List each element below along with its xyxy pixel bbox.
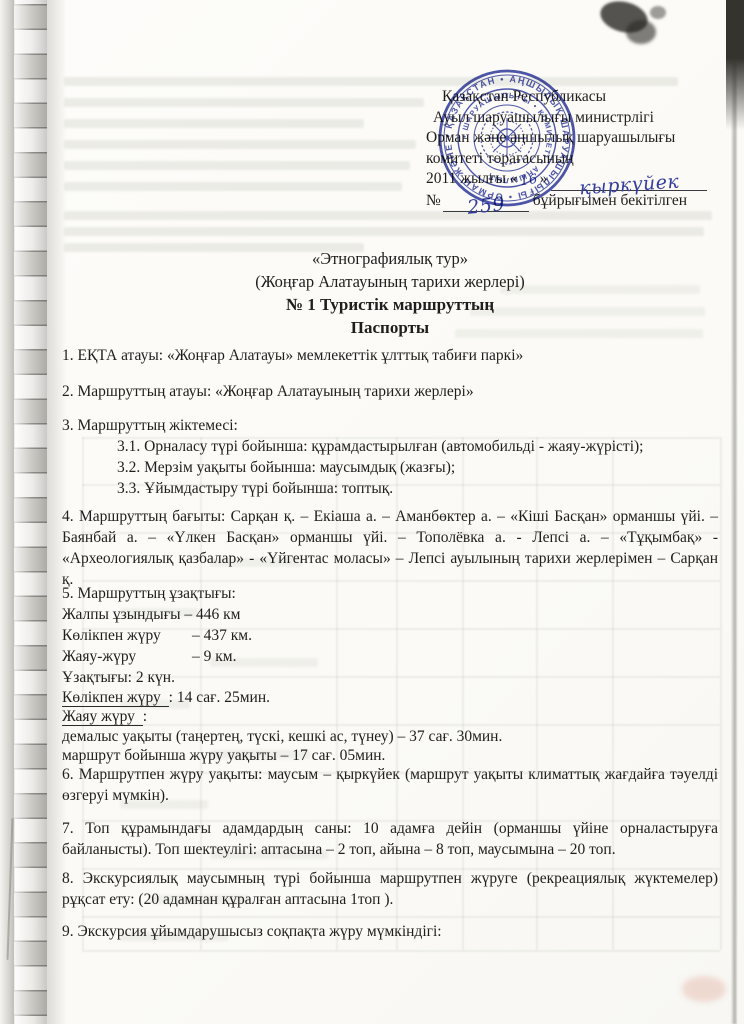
title-line2: (Жоңғар Алатауының тарихи жерлері): [62, 270, 718, 293]
paper-stain: [682, 976, 726, 1002]
title-line4: Паспорты: [62, 316, 718, 339]
route-time: маршрут бойынша жүру уақыты – 17 сағ. 05…: [62, 746, 718, 766]
item-2-route-name: 2. Маршруттың атауы: «Жоңғар Алатауының …: [62, 381, 718, 402]
item-3-head: 3. Маршруттың жіктемесі:: [62, 415, 718, 436]
item-3-sub1: 3.1. Орналасу түрі бойынша: құрамдастыры…: [62, 436, 718, 457]
item-3-sub3: 3.3. Ұйымдастыру түрі бойынша: топтық.: [62, 478, 718, 499]
duration-days: Ұзақтығы: 2 күн.: [62, 668, 718, 688]
rest-time: демалыс уақыты (таңертең, түскі, кешкі а…: [62, 727, 718, 747]
vehicle-time: Көлікпен жүру : 14 сағ. 25мин.: [62, 688, 718, 708]
item-5-total: Жалпы ұзындығы – 446 км: [62, 604, 718, 625]
ink-smudge: [626, 20, 656, 44]
item-5-duration-block: Ұзақтығы: 2 күн. Көлікпен жүру : 14 сағ.…: [62, 668, 718, 766]
page-right-edge: [731, 0, 737, 1024]
walk-time: Жаяу жүру :: [62, 707, 718, 727]
comb-binding: [0, 0, 58, 1024]
official-seal-stamp: • ҚАЗАҚСТАН • АҢШЫЛЫҚ ШАРУАШЫЛЫҒЫ • ОРМА…: [421, 52, 593, 224]
title-line3: № 1 Туристік маршруттың: [62, 293, 718, 316]
item-8-excursion-permit: 8. Экскурсиялық маусымның түрі бойынша м…: [62, 868, 718, 910]
item-9-unguided-possibility: 9. Экскурсия ұйымдарушысыз соқпақта жүру…: [62, 921, 718, 942]
item-1-eqta-name: 1. ЕҚТА атауы: «Жоңғар Алатауы» мемлекет…: [62, 345, 718, 366]
binding-shadow: [47, 0, 67, 1024]
binding-spine: [0, 0, 15, 1024]
item-5-head: 5. Маршруттың ұзақтығы:: [62, 583, 718, 604]
binding-rings: [14, 0, 47, 1024]
document-title: «Этнографиялық тур» (Жоңғар Алатауының т…: [62, 247, 718, 339]
item-7-group-size: 7. Топ құрамындағы адамдардың саны: 10 а…: [62, 818, 718, 860]
item-6-travel-season: 6. Маршрутпен жүру уақыты: маусым – қырк…: [62, 764, 718, 806]
item-3-classification: 3. Маршруттың жіктемесі: 3.1. Орналасу т…: [62, 415, 718, 499]
item-3-sub2: 3.2. Мерзім уақыты бойынша: маусымдық (ж…: [62, 457, 718, 478]
item-5-route-length: 5. Маршруттың ұзақтығы: Жалпы ұзындығы –…: [62, 583, 718, 667]
scan-shadow-top-right: [726, 0, 744, 130]
item-5-walk-km: Жаяу-жүру– 9 км.: [62, 646, 718, 667]
ink-smudge: [650, 6, 666, 19]
item-4-route-direction: 4. Маршруттың бағыты: Сарқан қ. – Екіаша…: [62, 506, 718, 590]
title-line1: «Этнографиялық тур»: [62, 247, 718, 270]
item-5-vehicle-km: Көлікпен жүру– 437 км.: [62, 625, 718, 646]
scanned-page: Қазақстан Республикасы Ауыл шаруашылығы …: [0, 0, 744, 1024]
